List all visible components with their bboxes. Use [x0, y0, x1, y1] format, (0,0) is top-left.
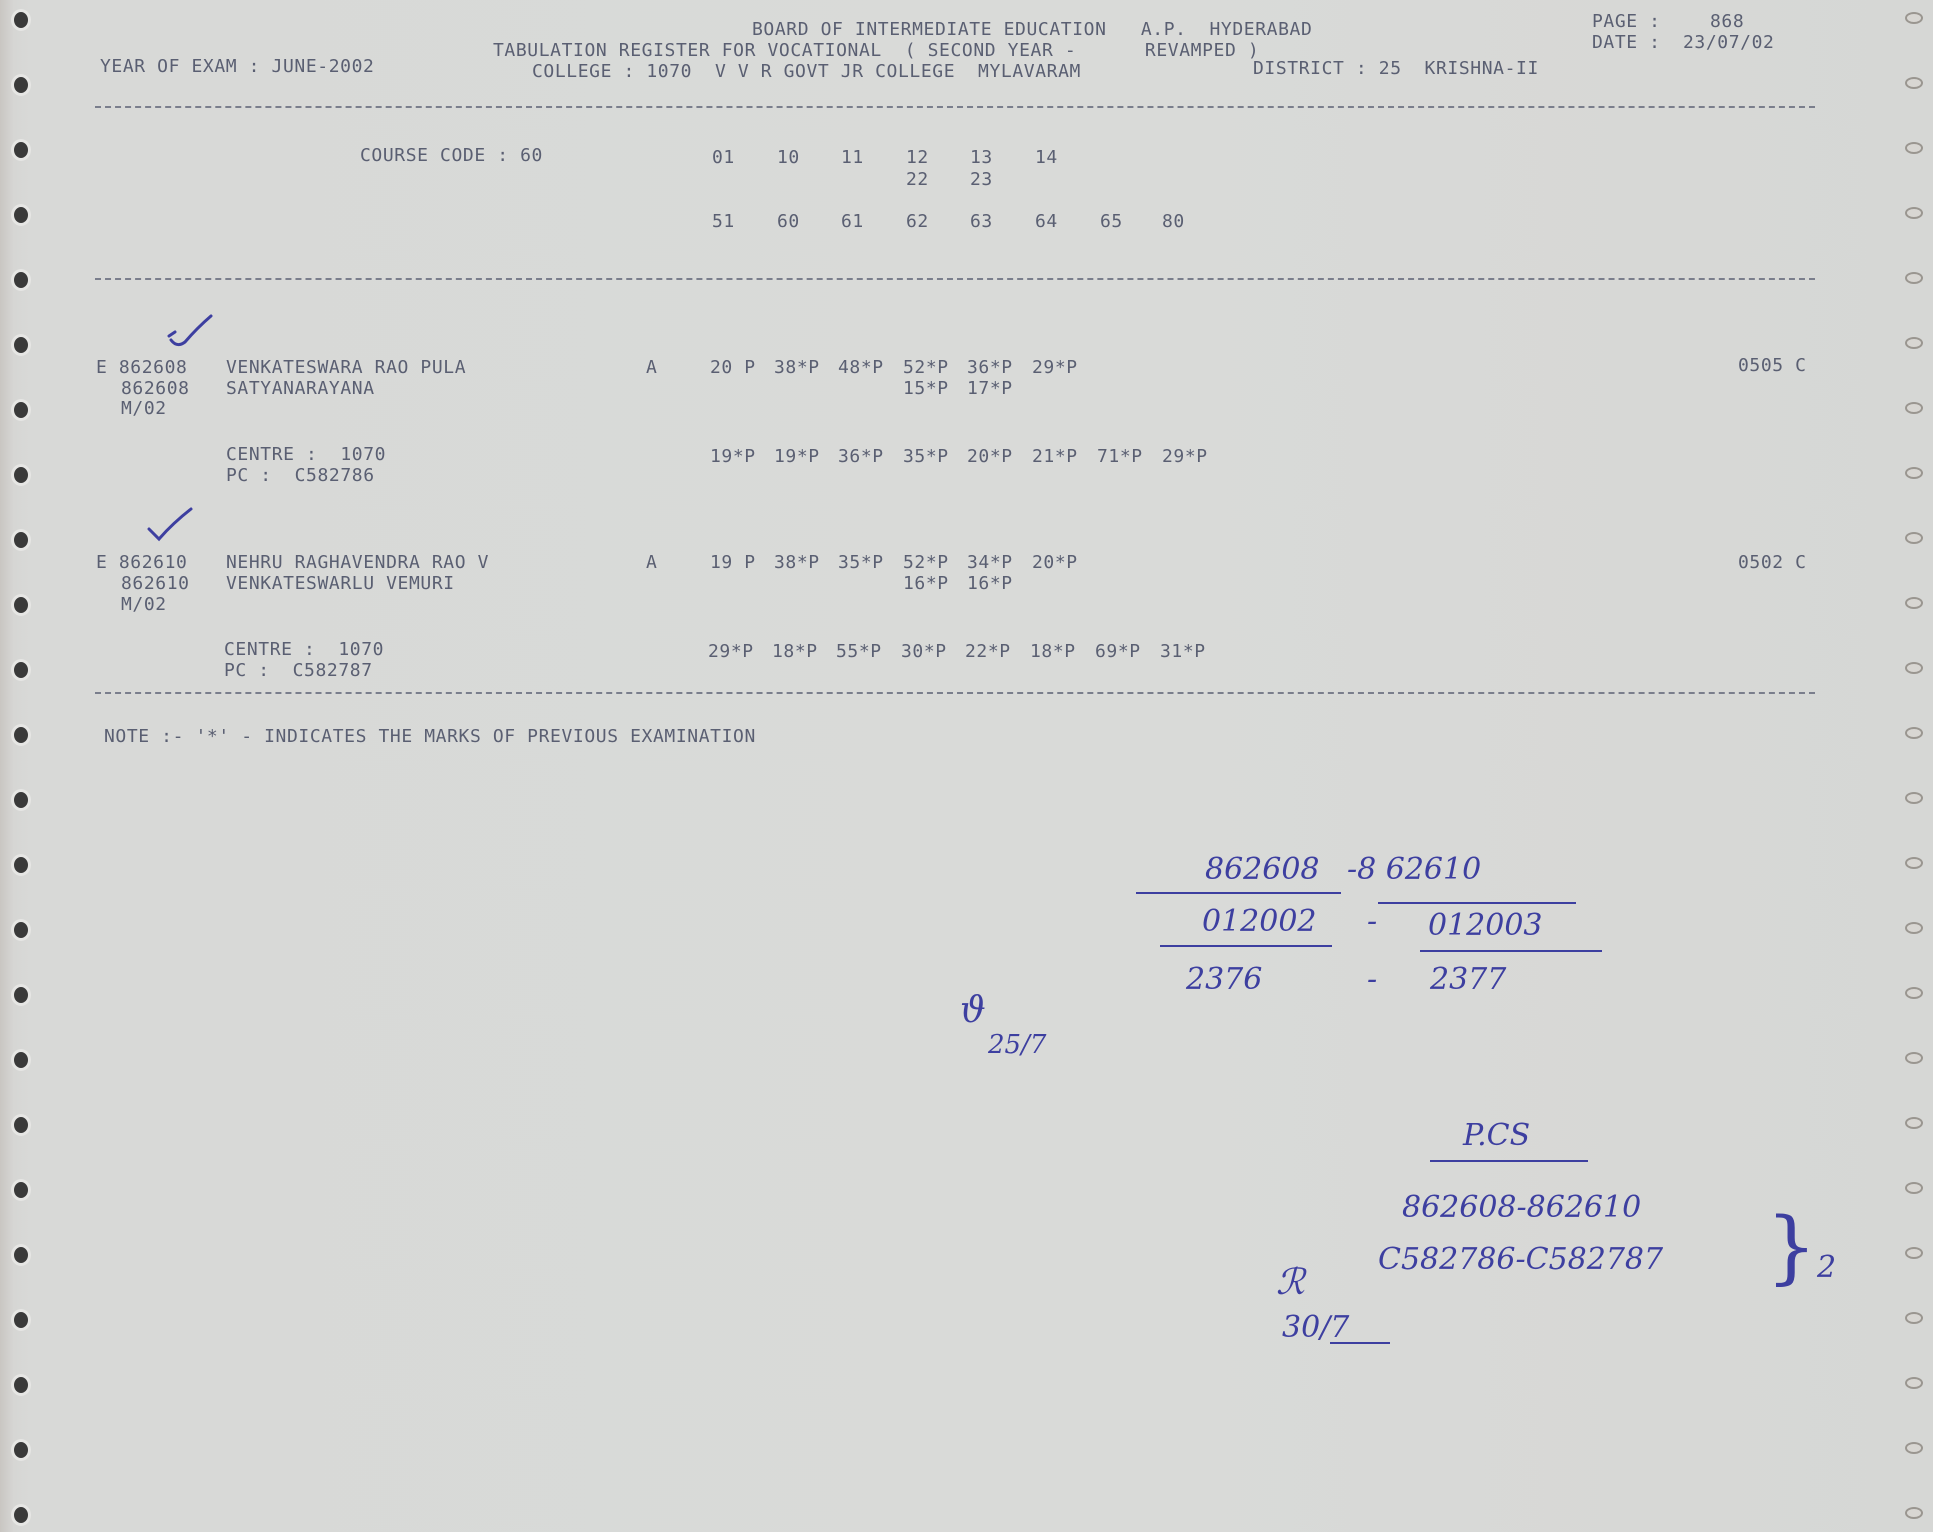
subject-code: 22	[906, 170, 929, 190]
punch-hole	[1905, 1442, 1923, 1454]
subject-code: 63	[970, 212, 993, 232]
footnote: NOTE :- '*' - INDICATES THE MARKS OF PRE…	[104, 727, 756, 747]
brace: }	[1766, 1200, 1817, 1293]
handwritten-text: 012002	[1202, 904, 1317, 939]
subject-code: 13	[970, 148, 993, 168]
mark: 48*P	[838, 358, 884, 378]
mark: 20*P	[967, 447, 1013, 467]
subject-code: 51	[712, 212, 735, 232]
punch-hole	[1905, 922, 1923, 934]
punch-hole	[1905, 1377, 1923, 1389]
punch-hole	[1905, 597, 1923, 609]
punch-hole	[1905, 77, 1923, 89]
handwritten-text: 862608-862610	[1402, 1190, 1641, 1225]
exam-month: M/02	[121, 595, 167, 615]
punch-hole	[1905, 207, 1923, 219]
mark: 35*P	[903, 447, 949, 467]
hall-ticket: 862608	[121, 379, 190, 399]
punch-hole	[14, 1312, 28, 1328]
pc-number: PC : C582787	[224, 661, 373, 681]
punch-hole	[1905, 987, 1923, 999]
college-line: COLLEGE : 1070 V V R GOVT JR COLLEGE MYL…	[532, 62, 1081, 82]
punch-hole	[1905, 1117, 1923, 1129]
student-name: VENKATESWARA RAO PULA	[226, 358, 466, 378]
board-title: BOARD OF INTERMEDIATE EDUCATION A.P. HYD…	[752, 20, 1312, 40]
checkmark-icon	[165, 312, 215, 352]
punch-hole	[1905, 12, 1923, 24]
mark: 16*P	[967, 574, 1013, 594]
subject-code: 14	[1035, 148, 1058, 168]
mark: 18*P	[1030, 642, 1076, 662]
handwritten-text: 862608	[1205, 852, 1320, 887]
handwritten-heading: P.CS	[1463, 1118, 1530, 1153]
punch-hole	[1905, 467, 1923, 479]
subject-code: 23	[970, 170, 993, 190]
subject-code: 11	[841, 148, 864, 168]
punch-hole	[14, 1052, 28, 1068]
subject-code: 62	[906, 212, 929, 232]
mark: 69*P	[1095, 642, 1141, 662]
punch-hole	[1905, 1507, 1923, 1519]
mark: 36*P	[967, 358, 1013, 378]
subject-code: 60	[777, 212, 800, 232]
district-line: DISTRICT : 25 KRISHNA-II	[1253, 59, 1539, 79]
punch-hole	[14, 532, 28, 548]
punch-hole	[14, 1182, 28, 1198]
subject-code: 80	[1162, 212, 1185, 232]
date-value: 23/07/02	[1683, 33, 1775, 53]
register-title: TABULATION REGISTER FOR VOCATIONAL ( SEC…	[493, 41, 1259, 61]
mark: 16*P	[903, 574, 949, 594]
signature-date: 30/7	[1282, 1310, 1349, 1345]
mark: 38*P	[774, 358, 820, 378]
subject-code: 64	[1035, 212, 1058, 232]
page-label: PAGE :	[1592, 12, 1661, 32]
handwritten-text: -	[1367, 904, 1377, 939]
hall-ticket: 862610	[121, 574, 190, 594]
punch-hole	[1905, 727, 1923, 739]
punch-hole	[1905, 1182, 1923, 1194]
punch-hole	[14, 1442, 28, 1458]
punch-hole	[1905, 1312, 1923, 1324]
punch-hole	[1905, 1247, 1923, 1259]
punch-hole	[1905, 1052, 1923, 1064]
punch-hole	[14, 12, 28, 28]
subject-code: 12	[906, 148, 929, 168]
centre: CENTRE : 1070	[226, 445, 386, 465]
separator-line	[95, 692, 1815, 694]
punch-hole	[14, 1117, 28, 1133]
punch-hole	[14, 402, 28, 418]
separator-line	[95, 106, 1815, 108]
punch-hole	[14, 857, 28, 873]
punch-hole	[14, 1247, 28, 1263]
punch-hole	[1905, 337, 1923, 349]
punch-hole	[14, 987, 28, 1003]
signature-date: 25/7	[988, 1030, 1046, 1060]
student-name: NEHRU RAGHAVENDRA RAO V	[226, 553, 489, 573]
mark: 36*P	[838, 447, 884, 467]
punch-hole	[14, 207, 28, 223]
grade: A	[646, 553, 657, 573]
father-name: SATYANARAYANA	[226, 379, 375, 399]
father-name: VENKATESWARLU VEMURI	[226, 574, 455, 594]
exam-month: M/02	[121, 399, 167, 419]
year-of-exam: YEAR OF EXAM : JUNE-2002	[100, 57, 375, 77]
mark: 19*P	[710, 447, 756, 467]
mark: 52*P	[903, 553, 949, 573]
punch-hole	[14, 77, 28, 93]
mark: 18*P	[772, 642, 818, 662]
mark: 55*P	[836, 642, 882, 662]
mark: 22*P	[965, 642, 1011, 662]
mark: 38*P	[774, 553, 820, 573]
total-result: 0502 C	[1738, 553, 1807, 573]
underline	[1330, 1342, 1390, 1344]
mark: 31*P	[1160, 642, 1206, 662]
pc-number: PC : C582786	[226, 466, 375, 486]
mark: 29*P	[1032, 358, 1078, 378]
handwritten-text: 2376	[1186, 962, 1262, 997]
page-number: 868	[1710, 12, 1744, 32]
handwritten-text: 012003	[1428, 908, 1543, 943]
punch-hole	[14, 142, 28, 158]
grade: A	[646, 358, 657, 378]
handwritten-text: C582786-C582787	[1378, 1242, 1663, 1277]
punch-hole	[14, 792, 28, 808]
punch-hole	[1905, 857, 1923, 869]
handwritten-text: -8 62610	[1347, 852, 1481, 887]
initials: ϑ	[960, 990, 986, 1031]
mark: 20*P	[1032, 553, 1078, 573]
underline	[1430, 1160, 1588, 1162]
punch-hole	[1905, 142, 1923, 154]
mark: 29*P	[708, 642, 754, 662]
punch-hole	[14, 922, 28, 938]
mark: 15*P	[903, 379, 949, 399]
subject-code: 01	[712, 148, 735, 168]
mark: 21*P	[1032, 447, 1078, 467]
punch-hole	[14, 337, 28, 353]
handwritten-count: 2	[1817, 1250, 1836, 1285]
subject-code: 10	[777, 148, 800, 168]
punch-hole	[1905, 402, 1923, 414]
subject-code: 61	[841, 212, 864, 232]
centre: CENTRE : 1070	[224, 640, 384, 660]
punch-hole	[14, 272, 28, 288]
checkmark-icon	[145, 505, 195, 545]
punch-hole	[14, 1377, 28, 1393]
handwritten-text: 2377	[1430, 962, 1506, 997]
separator-line	[95, 278, 1815, 280]
initials: ℛ	[1276, 1262, 1305, 1303]
punch-hole	[1905, 662, 1923, 674]
punch-hole	[14, 1507, 28, 1523]
punch-hole	[1905, 792, 1923, 804]
mark: 20 P	[710, 358, 756, 378]
punch-hole	[1905, 532, 1923, 544]
punch-hole	[14, 662, 28, 678]
mark: 19*P	[774, 447, 820, 467]
mark: 19 P	[710, 553, 756, 573]
punch-hole	[14, 597, 28, 613]
mark: 17*P	[967, 379, 1013, 399]
course-code: COURSE CODE : 60	[360, 146, 543, 166]
underline	[1136, 892, 1341, 894]
registration-number: E 862608	[96, 358, 188, 378]
mark: 52*P	[903, 358, 949, 378]
punch-hole	[14, 467, 28, 483]
mark: 71*P	[1097, 447, 1143, 467]
date-label: DATE :	[1592, 33, 1661, 53]
punch-hole	[14, 727, 28, 743]
handwritten-text: -	[1367, 962, 1377, 997]
mark: 35*P	[838, 553, 884, 573]
punch-hole	[1905, 272, 1923, 284]
mark: 30*P	[901, 642, 947, 662]
registration-number: E 862610	[96, 553, 188, 573]
underline	[1378, 902, 1576, 904]
subject-code: 65	[1100, 212, 1123, 232]
mark: 29*P	[1162, 447, 1208, 467]
mark: 34*P	[967, 553, 1013, 573]
total-result: 0505 C	[1738, 356, 1807, 376]
underline	[1160, 945, 1332, 947]
underline	[1420, 950, 1602, 952]
